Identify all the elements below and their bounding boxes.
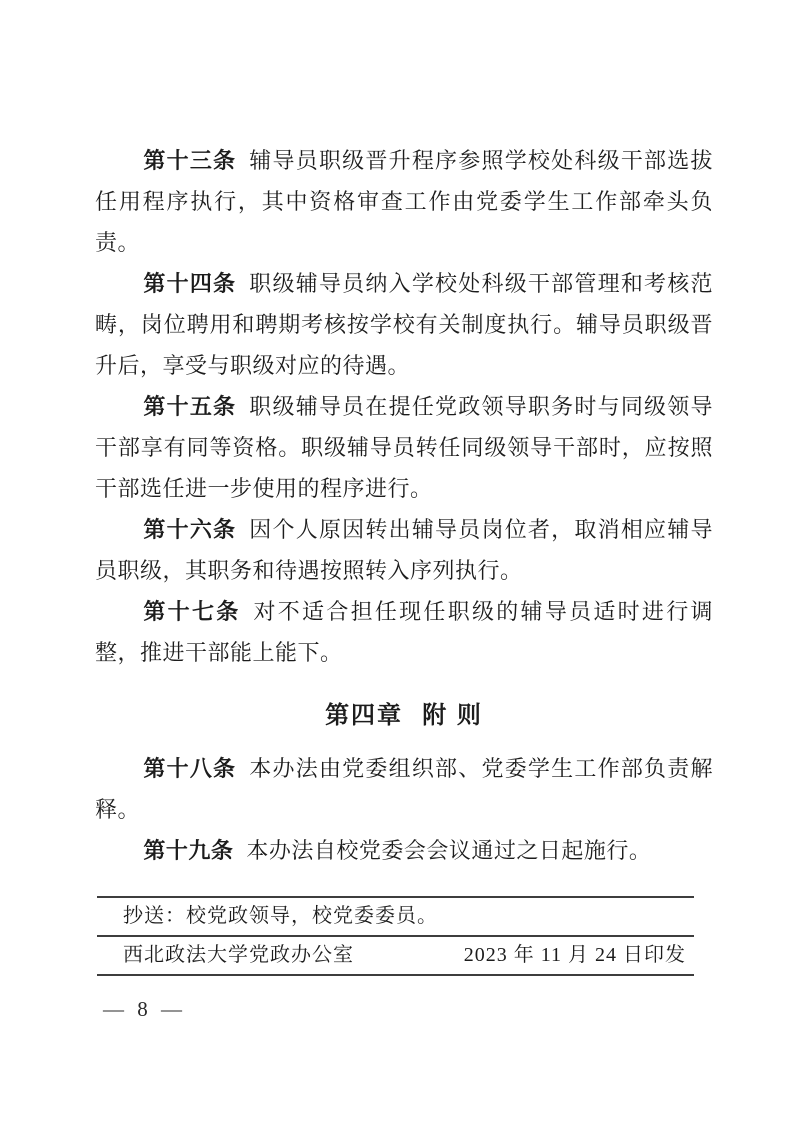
article-paragraph: 第十六条因个人原因转出辅导员岗位者，取消相应辅导员职级，其职务和待遇按照转入序列…	[95, 509, 713, 591]
article-paragraph: 第十四条职级辅导员纳入学校处科级干部管理和考核范畴，岗位聘用和聘期考核按学校有关…	[95, 263, 713, 386]
issuer-line: 西北政法大学党政办公室 2023 年 11 月 24 日印发	[97, 937, 694, 974]
issuing-office: 西北政法大学党政办公室	[123, 943, 354, 967]
copy-to-recipients: 校党政领导，校党委委员。	[186, 905, 438, 927]
document-page: 第十三条辅导员职级晋升程序参照学校处科级干部选拔任用程序执行，其中资格审查工作由…	[0, 0, 793, 1122]
chapter-number: 第四章	[325, 702, 403, 729]
document-body: 第十三条辅导员职级晋升程序参照学校处科级干部选拔任用程序执行，其中资格审查工作由…	[95, 140, 713, 871]
chapter-title: 附 则	[422, 702, 483, 729]
article-number: 第十八条	[143, 756, 236, 781]
copy-to-line: 抄送：校党政领导，校党委委员。	[97, 898, 694, 935]
article-text: 本办法自校党委会会议通过之日起施行。	[246, 838, 651, 863]
footer-rule-bottom	[97, 974, 694, 976]
chapter-heading: 第四章附 则	[95, 695, 713, 730]
print-date: 2023 年 11 月 24 日印发	[464, 943, 686, 967]
document-footer: 抄送：校党政领导，校党委委员。 西北政法大学党政办公室 2023 年 11 月 …	[97, 896, 694, 976]
article-paragraph: 第十八条本办法由党委组织部、党委学生工作部负责解释。	[95, 748, 713, 830]
article-number: 第十四条	[143, 271, 236, 296]
copy-to-label: 抄送：	[123, 905, 186, 927]
page-number: — 8 —	[103, 997, 186, 1022]
article-number: 第十三条	[143, 148, 236, 173]
article-number: 第十九条	[143, 838, 233, 863]
article-number: 第十六条	[143, 517, 236, 542]
article-number: 第十五条	[143, 394, 236, 419]
article-number: 第十七条	[143, 599, 240, 624]
article-paragraph: 第十五条职级辅导员在提任党政领导职务时与同级领导干部享有同等资格。职级辅导员转任…	[95, 386, 713, 509]
article-paragraph: 第十三条辅导员职级晋升程序参照学校处科级干部选拔任用程序执行，其中资格审查工作由…	[95, 140, 713, 263]
article-paragraph: 第十七条对不适合担任现任职级的辅导员适时进行调整，推进干部能上能下。	[95, 591, 713, 673]
article-paragraph: 第十九条本办法自校党委会会议通过之日起施行。	[95, 830, 713, 871]
